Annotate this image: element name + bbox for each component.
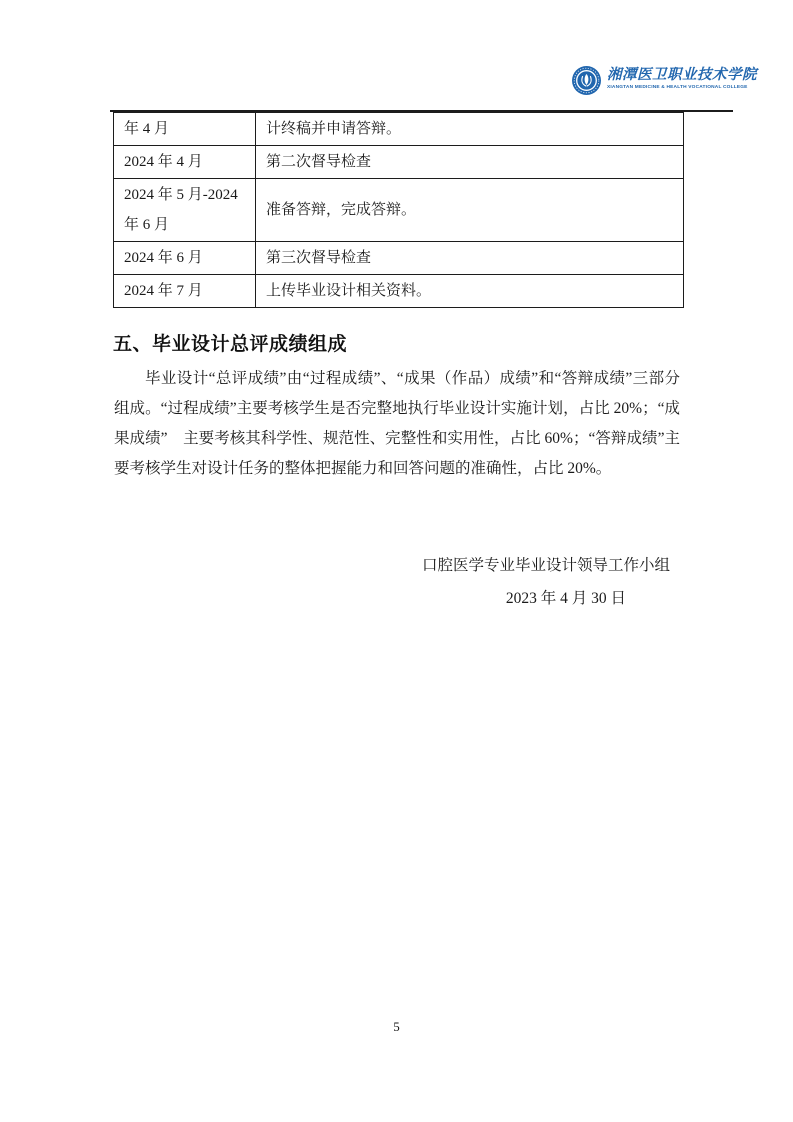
section-heading: 五、毕业设计总评成绩组成	[113, 329, 347, 356]
signature-block: 口腔医学专业毕业设计领导工作小组 2023 年 4 月 30 日	[113, 549, 670, 615]
period-cell: 2024 年 5 月-2024 年 6 月	[114, 179, 256, 242]
document-page: 湘潭医卫职业技术学院 XIANGTAN MEDICINE & HEALTH VO…	[0, 0, 793, 1122]
task-cell: 准备答辩，完成答辩。	[256, 179, 684, 242]
task-cell: 上传毕业设计相关资料。	[256, 275, 684, 308]
task-cell: 第三次督导检查	[256, 242, 684, 275]
period-cell: 2024 年 4 月	[114, 146, 256, 179]
table-row: 2024 年 6 月 第三次督导检查	[114, 242, 684, 275]
college-name-en: XIANGTAN MEDICINE & HEALTH VOCATIONAL CO…	[607, 84, 748, 89]
period-cell: 2024 年 7 月	[114, 275, 256, 308]
college-name-zh: 湘潭医卫职业技术学院	[607, 66, 793, 84]
college-name-block: 湘潭医卫职业技术学院 XIANGTAN MEDICINE & HEALTH VO…	[607, 66, 793, 95]
signature-date: 2023 年 4 月 30 日	[113, 582, 670, 615]
table-row: 2024 年 5 月-2024 年 6 月 准备答辩，完成答辩。	[114, 179, 684, 242]
page-number: 5	[0, 1019, 793, 1035]
signature-organization: 口腔医学专业毕业设计领导工作小组	[113, 549, 670, 582]
table-row: 2024 年 7 月 上传毕业设计相关资料。	[114, 275, 684, 308]
schedule-table: 年 4 月 计终稿并申请答辩。 2024 年 4 月 第二次督导检查 2024 …	[113, 112, 684, 308]
period-cell: 2024 年 6 月	[114, 242, 256, 275]
section-paragraph: 毕业设计“总评成绩”由“过程成绩”、“成果（作品）成绩”和“答辩成绩”三部分组成…	[114, 364, 680, 484]
table-row: 年 4 月 计终稿并申请答辩。	[114, 113, 684, 146]
task-cell: 第二次督导检查	[256, 146, 684, 179]
table-row: 2024 年 4 月 第二次督导检查	[114, 146, 684, 179]
period-cell: 年 4 月	[114, 113, 256, 146]
task-cell: 计终稿并申请答辩。	[256, 113, 684, 146]
college-emblem-icon	[572, 66, 601, 95]
college-logo: 湘潭医卫职业技术学院 XIANGTAN MEDICINE & HEALTH VO…	[572, 66, 793, 95]
